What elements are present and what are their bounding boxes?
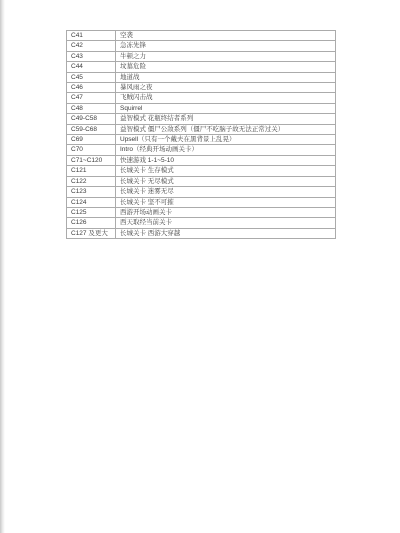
page-edge-shadow [0, 0, 5, 533]
table-row: C59-C68 益智模式 僵尸公敌系列（僵尸不吃脑子故无法正常过关） [67, 124, 336, 134]
level-code-cell: C59-C68 [67, 124, 116, 134]
level-code-cell: C45 [67, 72, 116, 82]
level-desc-cell: 长城关卡 生存模式 [116, 166, 336, 176]
level-code-cell: C122 [67, 176, 116, 186]
level-desc-cell: 益智模式 花瓶终结者系列 [116, 114, 336, 124]
level-desc-cell: 西天取经当前关卡 [116, 218, 336, 228]
table-row: C127 及更大 长城关卡 西游大穿越 [67, 228, 336, 238]
table-row: C122 长城关卡 无尽模式 [67, 176, 336, 186]
level-desc-cell: 急冻先锋 [116, 41, 336, 51]
level-code-cell: C47 [67, 93, 116, 103]
level-desc-cell: 长城关卡 无尽模式 [116, 176, 336, 186]
table-row: C71~C120 快速游戏 1-1~5-10 [67, 155, 336, 165]
table-row: C42 急冻先锋 [67, 41, 336, 51]
level-code-cell: C71~C120 [67, 155, 116, 165]
table-row: C125 西游开场动画关卡 [67, 207, 336, 217]
cheat-code-table: C41 空袭 C42 急冻先锋 C43 牛顿之力 C44 坟墓危险 C45 地道… [66, 30, 336, 239]
level-code-cell: C46 [67, 83, 116, 93]
table-row: C124 长城关卡 坚不可摧 [67, 197, 336, 207]
level-code-cell: C127 及更大 [67, 228, 116, 238]
level-desc-cell: 牛顿之力 [116, 51, 336, 61]
level-desc-cell: 长城关卡 坚不可摧 [116, 197, 336, 207]
level-desc-cell: Intro（经典开场动画关卡） [116, 145, 336, 155]
level-desc-cell: 长城关卡 西游大穿越 [116, 228, 336, 238]
table-row: C69 Upsell（只有一个戴夫在黑背景上乱晃） [67, 135, 336, 145]
level-code-cell: C49-C58 [67, 114, 116, 124]
level-desc-cell: 坟墓危险 [116, 62, 336, 72]
level-desc-cell: 益智模式 僵尸公敌系列（僵尸不吃脑子故无法正常过关） [116, 124, 336, 134]
level-code-cell: C44 [67, 62, 116, 72]
level-code-cell: C124 [67, 197, 116, 207]
table-row: C70 Intro（经典开场动画关卡） [67, 145, 336, 155]
level-code-cell: C126 [67, 218, 116, 228]
level-desc-cell: 快速游戏 1-1~5-10 [116, 155, 336, 165]
level-desc-cell: 西游开场动画关卡 [116, 207, 336, 217]
level-code-cell: C70 [67, 145, 116, 155]
level-desc-cell: 暴风雨之夜 [116, 83, 336, 93]
level-code-cell: C123 [67, 187, 116, 197]
level-code-cell: C41 [67, 31, 116, 41]
table-row: C46 暴风雨之夜 [67, 83, 336, 93]
table-row: C49-C58 益智模式 花瓶终结者系列 [67, 114, 336, 124]
document-page: C41 空袭 C42 急冻先锋 C43 牛顿之力 C44 坟墓危险 C45 地道… [0, 0, 400, 533]
level-code-cell: C48 [67, 103, 116, 113]
level-code-cell: C42 [67, 41, 116, 51]
level-desc-cell: 飞贼闪击战 [116, 93, 336, 103]
level-code-cell: C69 [67, 135, 116, 145]
level-code-cell: C43 [67, 51, 116, 61]
table-row: C123 长城关卡 迷雾无尽 [67, 187, 336, 197]
level-code-cell: C125 [67, 207, 116, 217]
table-row: C48 Squirrel [67, 103, 336, 113]
level-code-cell: C121 [67, 166, 116, 176]
table-row: C44 坟墓危险 [67, 62, 336, 72]
level-desc-cell: 长城关卡 迷雾无尽 [116, 187, 336, 197]
table-row: C45 地道战 [67, 72, 336, 82]
table-row: C121 长城关卡 生存模式 [67, 166, 336, 176]
level-desc-cell: 地道战 [116, 72, 336, 82]
level-desc-cell: Squirrel [116, 103, 336, 113]
level-desc-cell: Upsell（只有一个戴夫在黑背景上乱晃） [116, 135, 336, 145]
table-row: C126 西天取经当前关卡 [67, 218, 336, 228]
table-row: C41 空袭 [67, 31, 336, 41]
table-row: C43 牛顿之力 [67, 51, 336, 61]
table-row: C47 飞贼闪击战 [67, 93, 336, 103]
level-desc-cell: 空袭 [116, 31, 336, 41]
